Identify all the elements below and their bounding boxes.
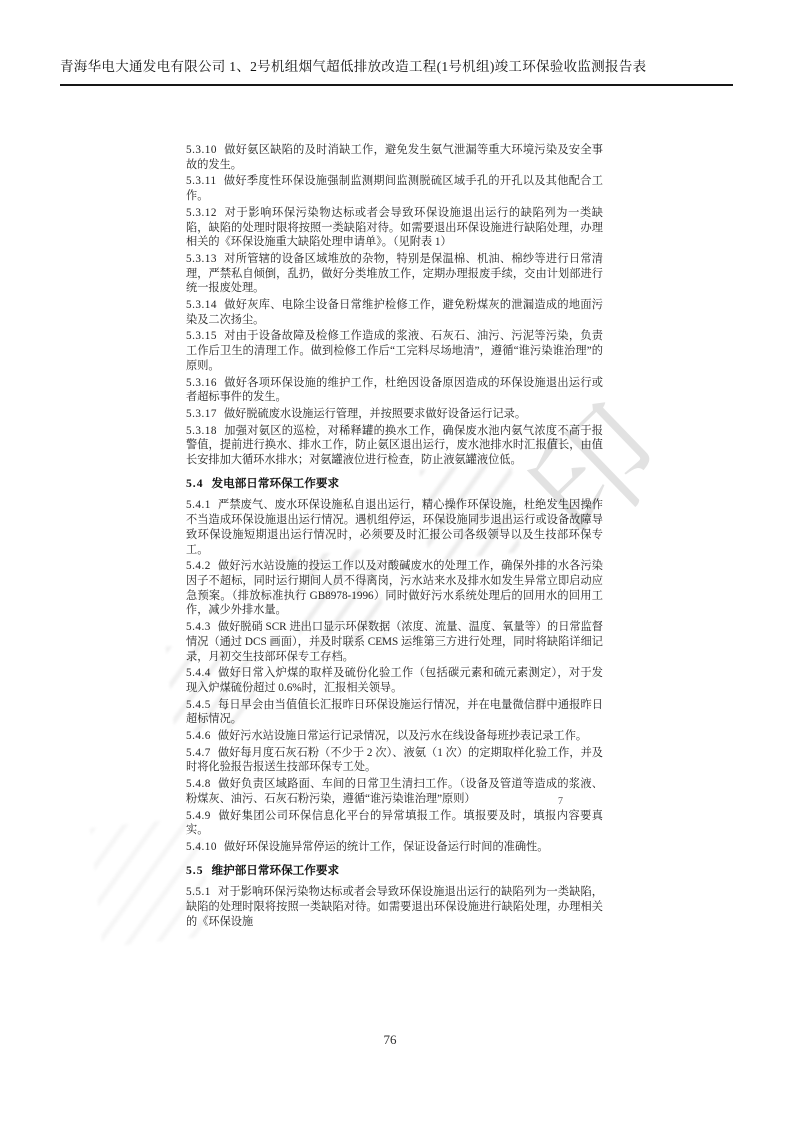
body-paragraph: 5.4.4做好日常入炉煤的取样及硫份化验工作（包括碳元素和硫元素测定），对于发现… (186, 666, 603, 695)
clause-number: 5.3.18 (186, 425, 217, 437)
paragraph-text: 对所管辖的设备区域堆放的杂物，特别是保温棉、机油、棉纱等进行日常清理，严禁私自倾… (186, 253, 603, 294)
clause-number: 5.4 (186, 477, 204, 490)
paragraph-text: 做好环保设施异常停运的统计工作，保证设备运行时间的准确性。 (224, 841, 548, 853)
clause-number: 5.3.14 (186, 299, 217, 311)
paragraph-text: 做好氨区缺陷的及时消缺工作，避免发生氨气泄漏等重大环境污染及安全事故的发生。 (186, 144, 603, 171)
paragraph-text: 做好季度性环保设施强制监测期间监测脱硫区域手孔的开孔以及其他配合工作。 (186, 175, 603, 202)
document-page: 印 青海华电大通发电有限公司 1、2号机组烟气超低排放改造工程(1号机组)竣工环… (0, 0, 793, 1122)
clause-number: 5.3.11 (186, 175, 217, 187)
section-heading: 5.5维护部日常环保工作要求 (186, 864, 603, 879)
body-paragraph: 5.3.13对所管辖的设备区域堆放的杂物，特别是保温棉、机油、棉纱等进行日常清理… (186, 252, 603, 296)
section-heading: 5.4发电部日常环保工作要求 (186, 477, 603, 492)
document-body: 5.3.10做好氨区缺陷的及时消缺工作，避免发生氨气泄漏等重大环境污染及安全事故… (186, 143, 603, 931)
paragraph-text: 做好污水站设施日常运行记录情况，以及污水在线设备每班抄表记录工作。 (218, 730, 587, 742)
paragraph-text: 做好日常入炉煤的取样及硫份化验工作（包括碳元素和硫元素测定），对于发现入炉煤硫份… (186, 667, 603, 694)
page-header-title: 青海华电大通发电有限公司 1、2号机组烟气超低排放改造工程(1号机组)竣工环保验… (60, 55, 750, 75)
body-paragraph: 5.3.10做好氨区缺陷的及时消缺工作，避免发生氨气泄漏等重大环境污染及安全事故… (186, 143, 603, 172)
clause-number: 5.4.4 (186, 667, 211, 679)
clause-number: 5.4.1 (186, 499, 211, 511)
body-paragraph: 5.4.9做好集团公司环保信息化平台的异常填报工作。填报要及时，填报内容要真实。 (186, 809, 603, 838)
header-rule (60, 84, 733, 86)
inner-page-number: 7 (558, 796, 563, 807)
paragraph-text: 对由于设备故障及检修工作造成的浆液、石灰石、油污、污泥等污染，负责工作后卫生的清… (186, 330, 603, 371)
clause-number: 5.4.8 (186, 778, 211, 790)
heading-text: 发电部日常环保工作要求 (212, 477, 340, 490)
body-paragraph: 5.3.15对由于设备故障及检修工作造成的浆液、石灰石、油污、污泥等污染，负责工… (186, 329, 603, 373)
clause-number: 5.3.13 (186, 253, 217, 265)
paragraph-text: 做好灰库、电除尘设备日常维护检修工作，避免粉煤灰的泄漏造成的地面污染及二次扬尘。 (186, 299, 603, 326)
paragraph-text: 做好各项环保设施的维护工作，杜绝因设备原因造成的环保设施退出运行或者超标事件的发… (186, 377, 603, 404)
clause-number: 5.4.10 (186, 841, 217, 853)
paragraph-text: 做好每月度石灰石粉（不少于 2 次）、液氨（1 次）的定期取样化验工作，并及时将… (186, 747, 603, 774)
body-paragraph: 5.3.16做好各项环保设施的维护工作，杜绝因设备原因造成的环保设施退出运行或者… (186, 376, 603, 405)
body-paragraph: 5.3.18加强对氨区的巡检，对稀释罐的换水工作，确保废水池内氨气浓度不高于报警… (186, 424, 603, 468)
paragraph-text: 做好污水站设施的投运工作以及对酸碱废水的处理工作，确保外排的水各污染因子不超标，… (186, 560, 603, 616)
heading-text: 维护部日常环保工作要求 (212, 864, 340, 877)
body-paragraph: 5.3.11做好季度性环保设施强制监测期间监测脱硫区域手孔的开孔以及其他配合工作… (186, 174, 603, 203)
paragraph-text: 做好集团公司环保信息化平台的异常填报工作。填报要及时，填报内容要真实。 (186, 810, 603, 837)
clause-number: 5.5.1 (186, 886, 211, 898)
paragraph-text: 严禁废气、废水环保设施私自退出运行，精心操作环保设施，杜绝发生因操作不当造成环保… (186, 499, 603, 555)
clause-number: 5.3.16 (186, 377, 217, 389)
body-paragraph: 5.4.10做好环保设施异常停运的统计工作，保证设备运行时间的准确性。 (186, 840, 603, 855)
paragraph-text: 对于影响环保污染物达标或者会导致环保设施退出运行的缺陷列为一类缺陷，缺陷的处理时… (186, 886, 603, 927)
body-paragraph: 5.3.17做好脱硫废水设施运行管理，并按照要求做好设备运行记录。 (186, 407, 603, 422)
body-paragraph: 5.4.2做好污水站设施的投运工作以及对酸碱废水的处理工作，确保外排的水各污染因… (186, 559, 603, 618)
body-paragraph: 5.4.7做好每月度石灰石粉（不少于 2 次）、液氨（1 次）的定期取样化验工作… (186, 746, 603, 775)
body-paragraph: 5.4.3做好脱硝 SCR 进出口显示环保数据（浓度、流量、温度、氧量等）的日常… (186, 620, 603, 664)
footer-page-number: 76 (0, 1032, 780, 1048)
body-paragraph: 5.3.12对于影响环保污染物达标或者会导致环保设施退出运行的缺陷列为一类缺陷，… (186, 206, 603, 250)
paragraph-text: 做好负责区域路面、车间的日常卫生清扫工作。（设备及管道等造成的浆液、粉煤灰、油污… (186, 778, 603, 805)
paragraph-text: 每日早会由当值值长汇报昨日环保设施运行情况，并在电量微信群中通报昨日超标情况。 (186, 699, 603, 726)
clause-number: 5.5 (186, 864, 204, 877)
paragraph-text: 做好脱硝 SCR 进出口显示环保数据（浓度、流量、温度、氧量等）的日常监督情况（… (186, 621, 603, 662)
body-paragraph: 5.4.1严禁废气、废水环保设施私自退出运行，精心操作环保设施，杜绝发生因操作不… (186, 498, 603, 557)
paragraph-text: 做好脱硫废水设施运行管理，并按照要求做好设备运行记录。 (224, 408, 526, 420)
clause-number: 5.3.17 (186, 408, 217, 420)
clause-number: 5.3.15 (186, 330, 217, 342)
paragraph-text: 对于影响环保污染物达标或者会导致环保设施退出运行的缺陷列为一类缺陷，缺陷的处理时… (186, 207, 603, 248)
clause-number: 5.4.5 (186, 699, 211, 711)
body-paragraph: 5.5.1对于影响环保污染物达标或者会导致环保设施退出运行的缺陷列为一类缺陷，缺… (186, 885, 603, 929)
body-paragraph: 5.4.5每日早会由当值值长汇报昨日环保设施运行情况，并在电量微信群中通报昨日超… (186, 698, 603, 727)
paragraph-text: 加强对氨区的巡检，对稀释罐的换水工作，确保废水池内氨气浓度不高于报警值，提前进行… (186, 425, 603, 466)
clause-number: 5.4.9 (186, 810, 211, 822)
clause-number: 5.4.6 (186, 730, 211, 742)
body-paragraph: 5.4.8做好负责区域路面、车间的日常卫生清扫工作。（设备及管道等造成的浆液、粉… (186, 777, 603, 806)
body-paragraph: 5.3.14做好灰库、电除尘设备日常维护检修工作，避免粉煤灰的泄漏造成的地面污染… (186, 298, 603, 327)
body-paragraph: 5.4.6做好污水站设施日常运行记录情况，以及污水在线设备每班抄表记录工作。 (186, 729, 603, 744)
clause-number: 5.3.12 (186, 207, 217, 219)
clause-number: 5.3.10 (186, 144, 217, 156)
clause-number: 5.4.7 (186, 747, 211, 759)
clause-number: 5.4.2 (186, 560, 211, 572)
clause-number: 5.4.3 (186, 621, 211, 633)
